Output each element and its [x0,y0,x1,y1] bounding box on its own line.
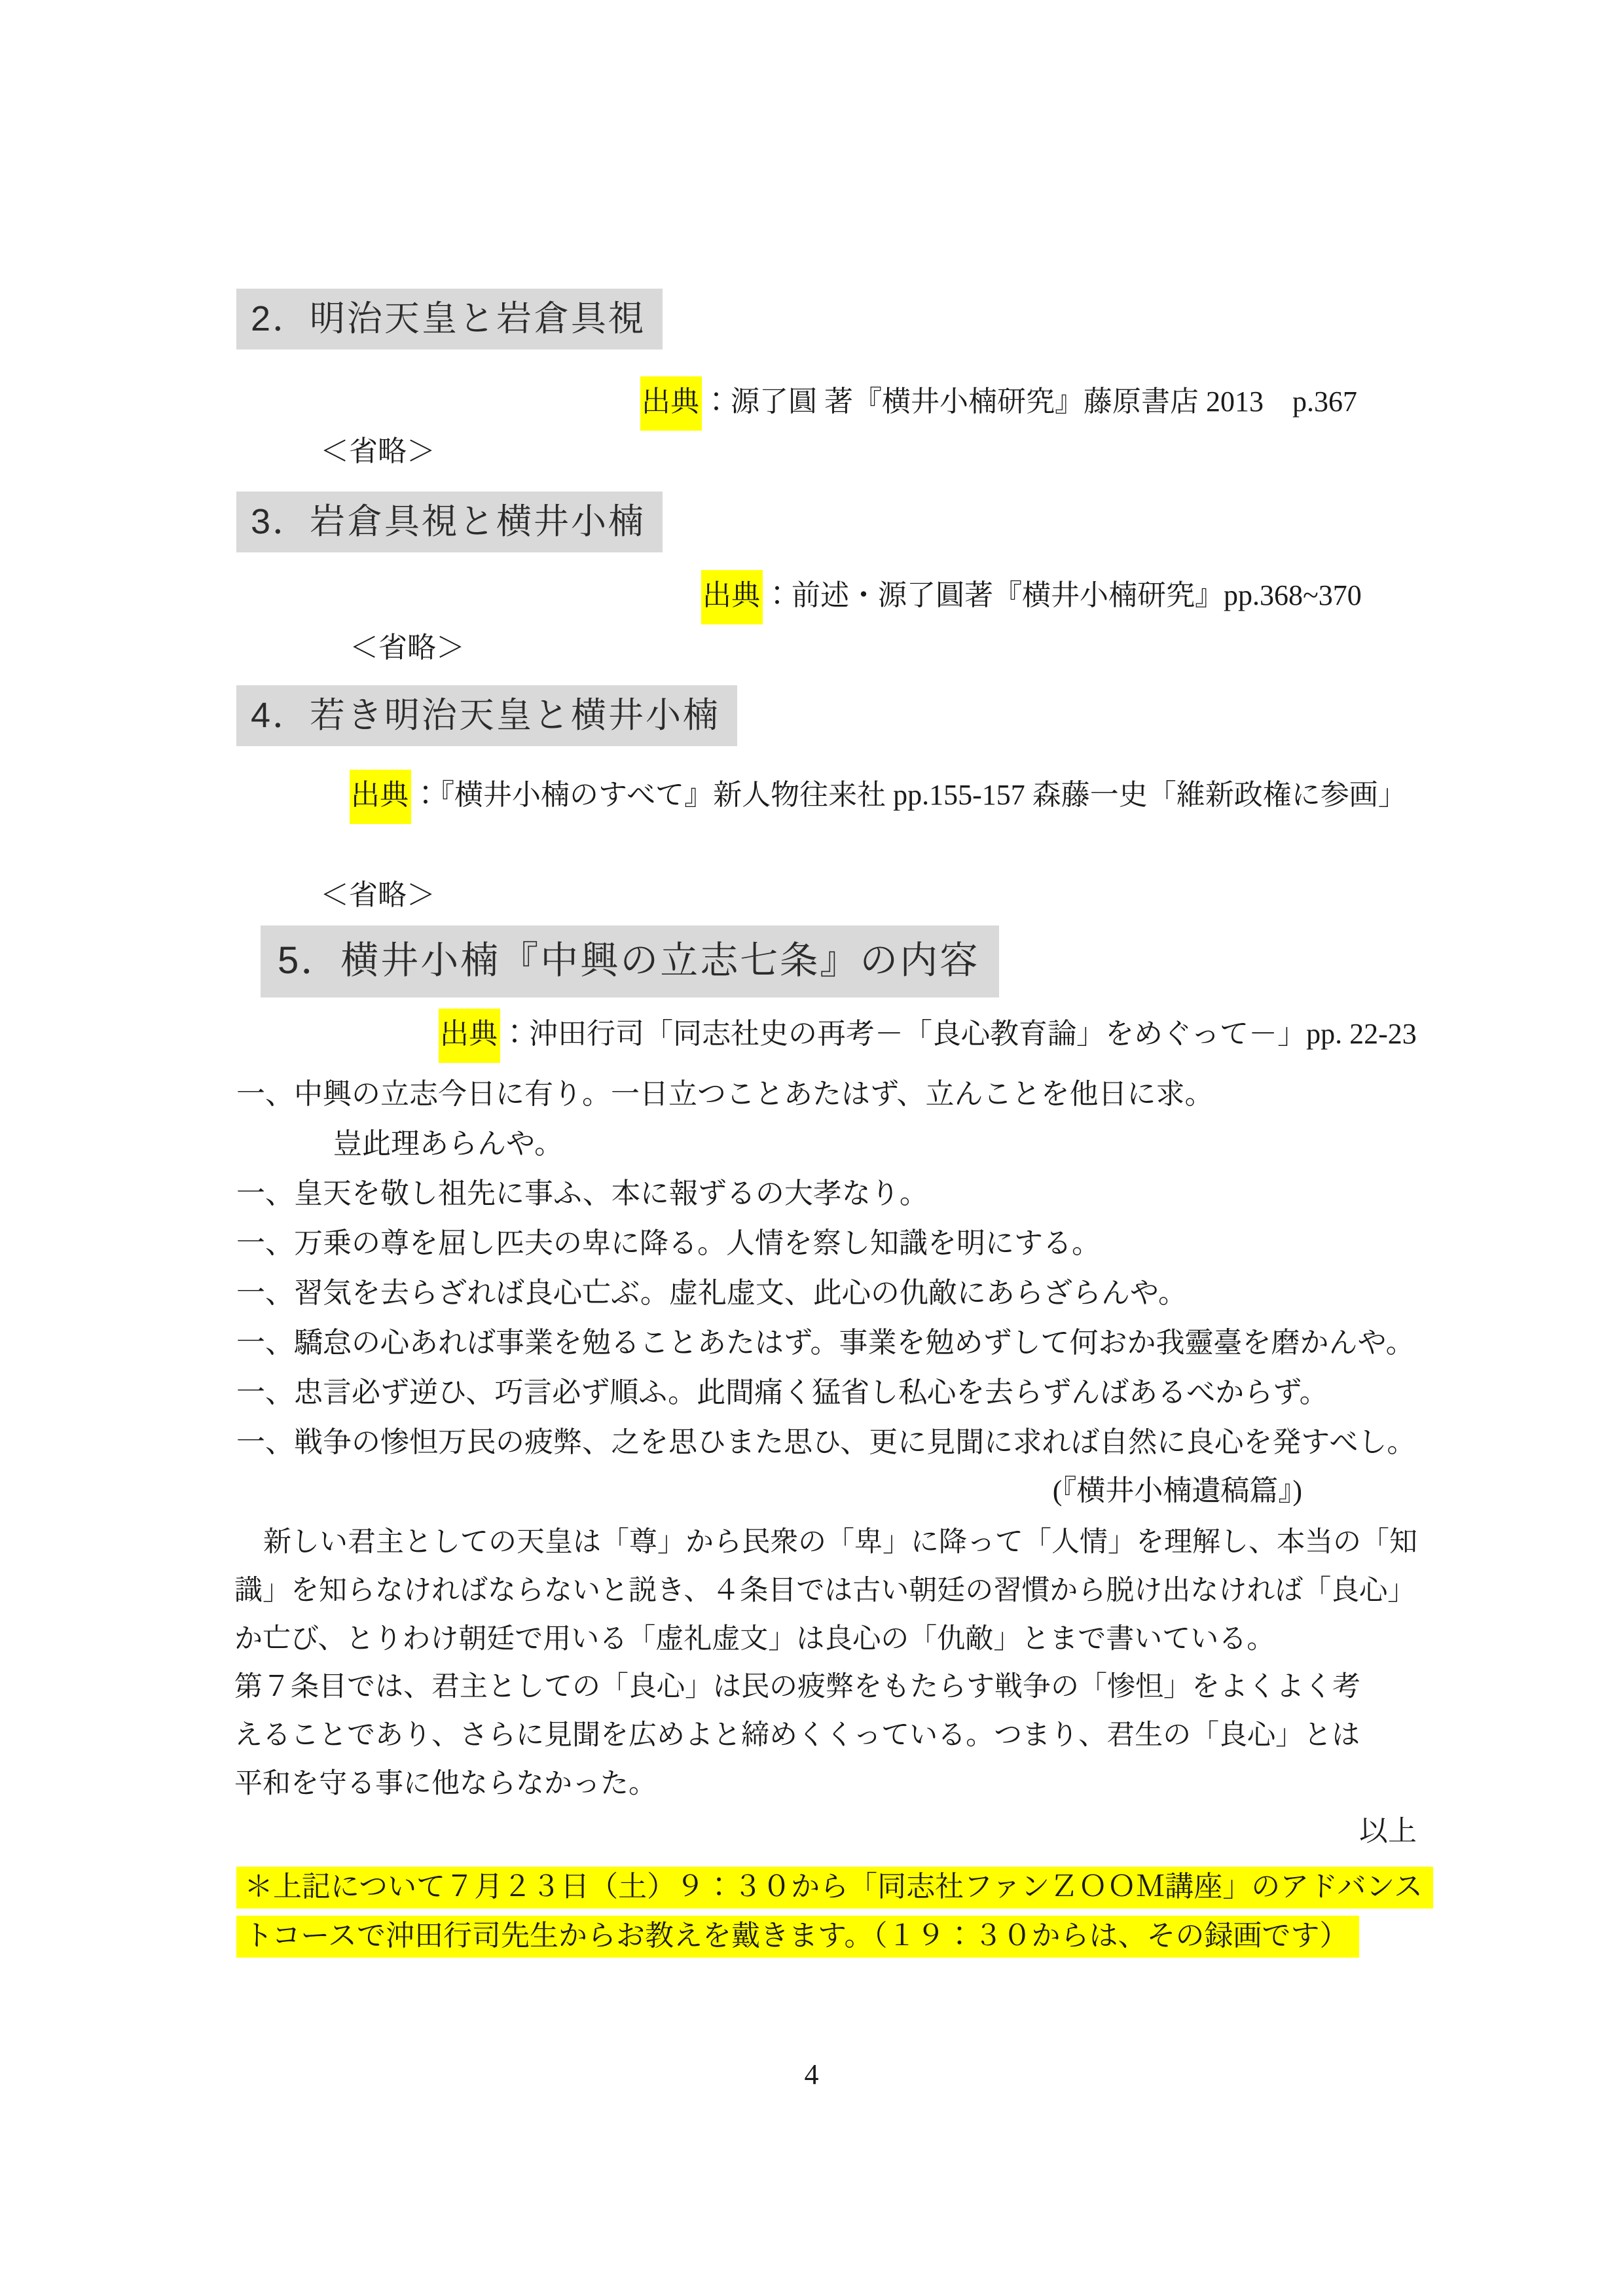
source-line-3: 出典：前述・源了圓著『横井小楠研究』pp.368~370 [701,576,1362,615]
commentary2-line-1: 第７条目では、君主としての「良心」は民の疲弊をもたらす戦争の「惨怛」をよくよく考 [234,1663,1360,1712]
notice-line-1: ＊上記について７月２３日（土）９：３０から「同志社ファンＺＯＯＭ講座」のアドバン… [236,1867,1433,1909]
source-label-highlight-5: 出典 [439,1009,500,1063]
article-line-7: 一、戦争の惨怛万民の疲弊、之を思ひまた思ひ、更に見聞に求れば自然に良心を発すべし… [236,1418,1415,1467]
commentary2-line-3: 平和を守る事に他ならなかった。 [234,1760,1360,1808]
source-text-4: ：『横井小楠のすべて』新人物往来社 pp.155-157 森藤一史「維新政権に参… [411,779,1407,811]
omitted-marker-2: ＜省略＞ [320,432,435,471]
section-heading-4: 4．若き明治天皇と横井小楠 [236,685,737,746]
article-line-5: 一、驕怠の心あれば事業を勉ることあたはず。事業を勉めずして何おか我靈臺を磨かんや… [236,1318,1415,1368]
document-page: 2．明治天皇と岩倉具視 出典：源了圓 著『横井小楠研究』藤原書店 2013 p.… [0,0,1623,2296]
quote-attribution: (『横井小楠遺稿篇』) [1053,1471,1302,1511]
article-line-1b: 豈此理あらんや。 [236,1119,1415,1169]
closing-mark: 以上 [1359,1812,1417,1851]
source-text-5: ：沖田行司「同志社史の再考－「良心教育論」をめぐって－」pp. 22-23 [500,1018,1417,1050]
notice-line-2: トコースで沖田行司先生からお教えを戴きます。（１９：３０からは、その録画です） [236,1916,1359,1958]
source-line-2: 出典：源了圓 著『横井小楠研究』藤原書店 2013 p.367 [640,382,1357,422]
source-line-5: 出典：沖田行司「同志社史の再考－「良心教育論」をめぐって－」pp. 22-23 [439,1014,1417,1054]
notice-line-2-text: トコースで沖田行司先生からお教えを戴きます。（１９：３０からは、その録画です） [236,1916,1359,1958]
article-line-1: 一、中興の立志今日に有り。一日立つことあたはず、立んことを他日に求。 [236,1069,1415,1119]
article-line-3: 一、万乗の尊を屈し匹夫の卑に降る。人情を察し知識を明にする。 [236,1219,1415,1268]
article-line-4: 一、習気を去らざれば良心亡ぶ。虚礼虚文、此心の仇敵にあらざらんや。 [236,1268,1415,1318]
commentary1-line-1: 新しい君主としての天皇は「尊」から民衆の「卑」に降って「人情」を理解し、本当の「… [234,1518,1417,1567]
source-label-highlight-4: 出典 [350,770,411,824]
source-text-2: ：源了圓 著『横井小楠研究』藤原書店 2013 p.367 [702,386,1357,418]
article-line-6: 一、忠言必ず逆ひ、巧言必ず順ふ。此間痛く猛省し私心を去らずんばあるべからず。 [236,1368,1415,1418]
source-label-highlight-2: 出典 [640,376,702,431]
section-heading-5: 5．横井小楠『中興の立志七条』の内容 [261,925,999,997]
section-heading-2: 2．明治天皇と岩倉具視 [236,289,663,350]
source-line-4: 出典：『横井小楠のすべて』新人物往来社 pp.155-157 森藤一史「維新政権… [350,776,1407,815]
article-line-2: 一、皇天を敬し祖先に事ふ、本に報ずるの大孝なり。 [236,1169,1415,1219]
section-heading-3: 3．岩倉具視と横井小楠 [236,492,663,552]
commentary1-line-2: 識」を知らなければならないと説き、４条目では古い朝廷の習慣から脱け出なければ「良… [234,1567,1417,1615]
page-number: 4 [0,2055,1623,2094]
commentary1-line-3: か亡び、とりわけ朝廷で用いる「虚礼虚文」は良心の「仇敵」とまで書いている。 [234,1615,1417,1664]
omitted-marker-4: ＜省略＞ [320,876,435,915]
commentary-paragraph-2: 第７条目では、君主としての「良心」は民の疲弊をもたらす戦争の「惨怛」をよくよく考… [234,1663,1360,1808]
source-label-highlight-3: 出典 [701,570,763,624]
source-text-3: ：前述・源了圓著『横井小楠研究』pp.368~370 [763,579,1362,611]
notice-line-1-text: ＊上記について７月２３日（土）９：３０から「同志社ファンＺＯＯＭ講座」のアドバン… [236,1867,1433,1909]
commentary-paragraph-1: 新しい君主としての天皇は「尊」から民衆の「卑」に降って「人情」を理解し、本当の「… [234,1518,1417,1664]
seven-articles-list: 一、中興の立志今日に有り。一日立つことあたはず、立んことを他日に求。 豈此理あら… [236,1069,1415,1467]
omitted-marker-3: ＜省略＞ [350,628,465,668]
commentary2-line-2: えることであり、さらに見聞を広めよと締めくくっている。つまり、君生の「良心」とは [234,1712,1360,1760]
